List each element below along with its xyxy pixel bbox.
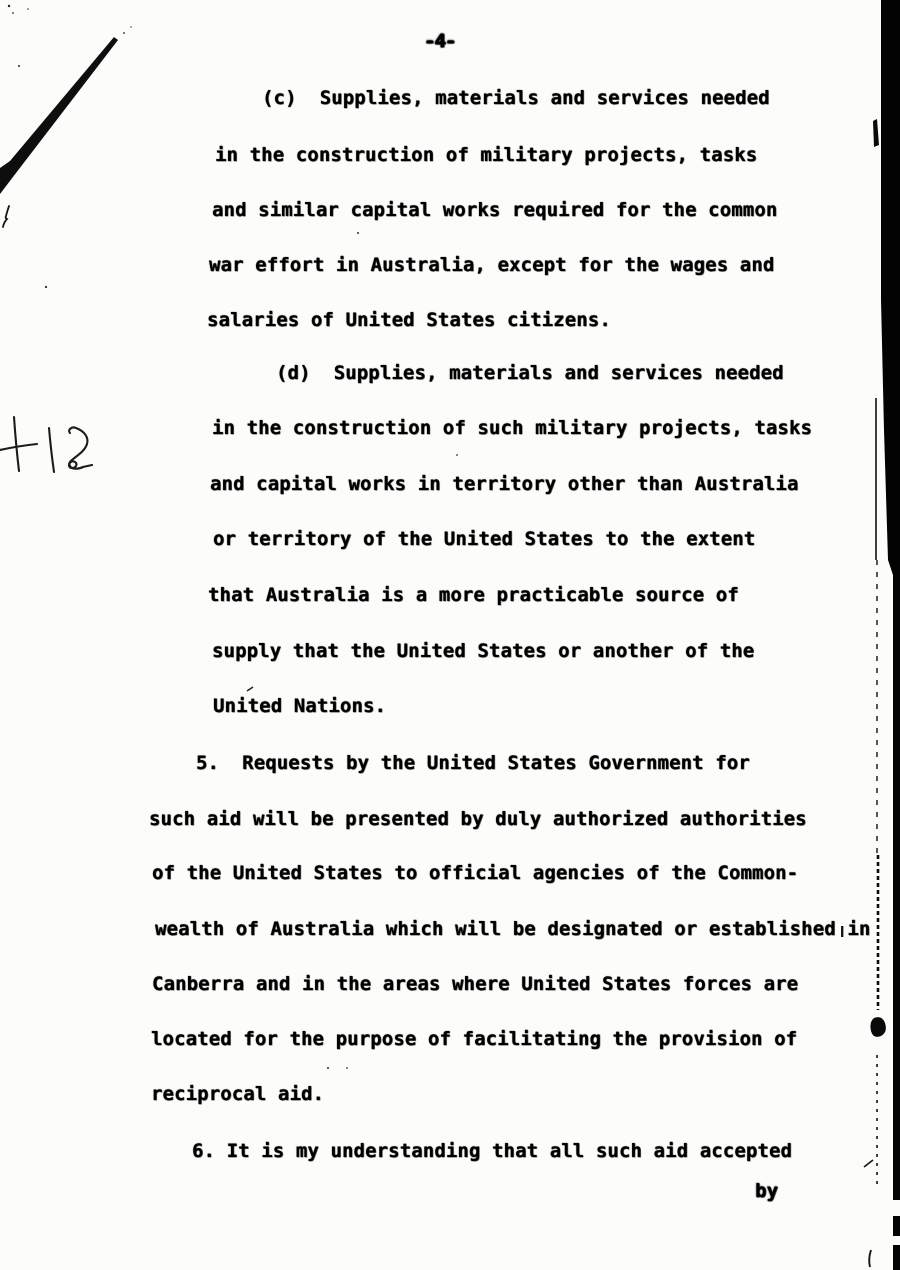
text-line: of the United States to official agencie…: [152, 863, 798, 883]
scanned-document-page: -4- (c) Supplies, materials and services…: [0, 0, 900, 1270]
text-line: wealth of Australia which will be design…: [155, 919, 870, 939]
text-line: or territory of the United States to the…: [213, 529, 755, 549]
text-line: 6. It is my understanding that all such …: [192, 1141, 792, 1161]
text-line: (d) Supplies, materials and services nee…: [276, 363, 784, 383]
typewritten-text: -4- (c) Supplies, materials and services…: [0, 0, 900, 1270]
page-number: -4-: [424, 31, 455, 51]
text-line: and capital works in territory other tha…: [210, 474, 799, 494]
text-line: and similar capital works required for t…: [212, 200, 777, 220]
text-line: located for the purpose of facilitating …: [151, 1029, 797, 1049]
text-line: salaries of United States citizens.: [207, 310, 611, 330]
text-line: such aid will be presented by duly autho…: [149, 809, 807, 829]
text-line: reciprocal aid.: [151, 1084, 324, 1104]
text-line: war effort in Australia, except for the …: [209, 255, 774, 275]
text-line: (c) Supplies, materials and services nee…: [262, 88, 770, 108]
text-line: United Nations.: [213, 696, 386, 716]
text-line: 5. Requests by the United States Governm…: [196, 753, 750, 773]
text-line: supply that the United States or another…: [212, 641, 754, 661]
text-line: in the construction of military projects…: [215, 145, 757, 165]
text-line: that Australia is a more practicable sou…: [208, 585, 739, 605]
text-line: Canberra and in the areas where United S…: [152, 974, 798, 994]
text-line: in the construction of such military pro…: [212, 418, 812, 438]
catchword: by: [755, 1181, 778, 1201]
